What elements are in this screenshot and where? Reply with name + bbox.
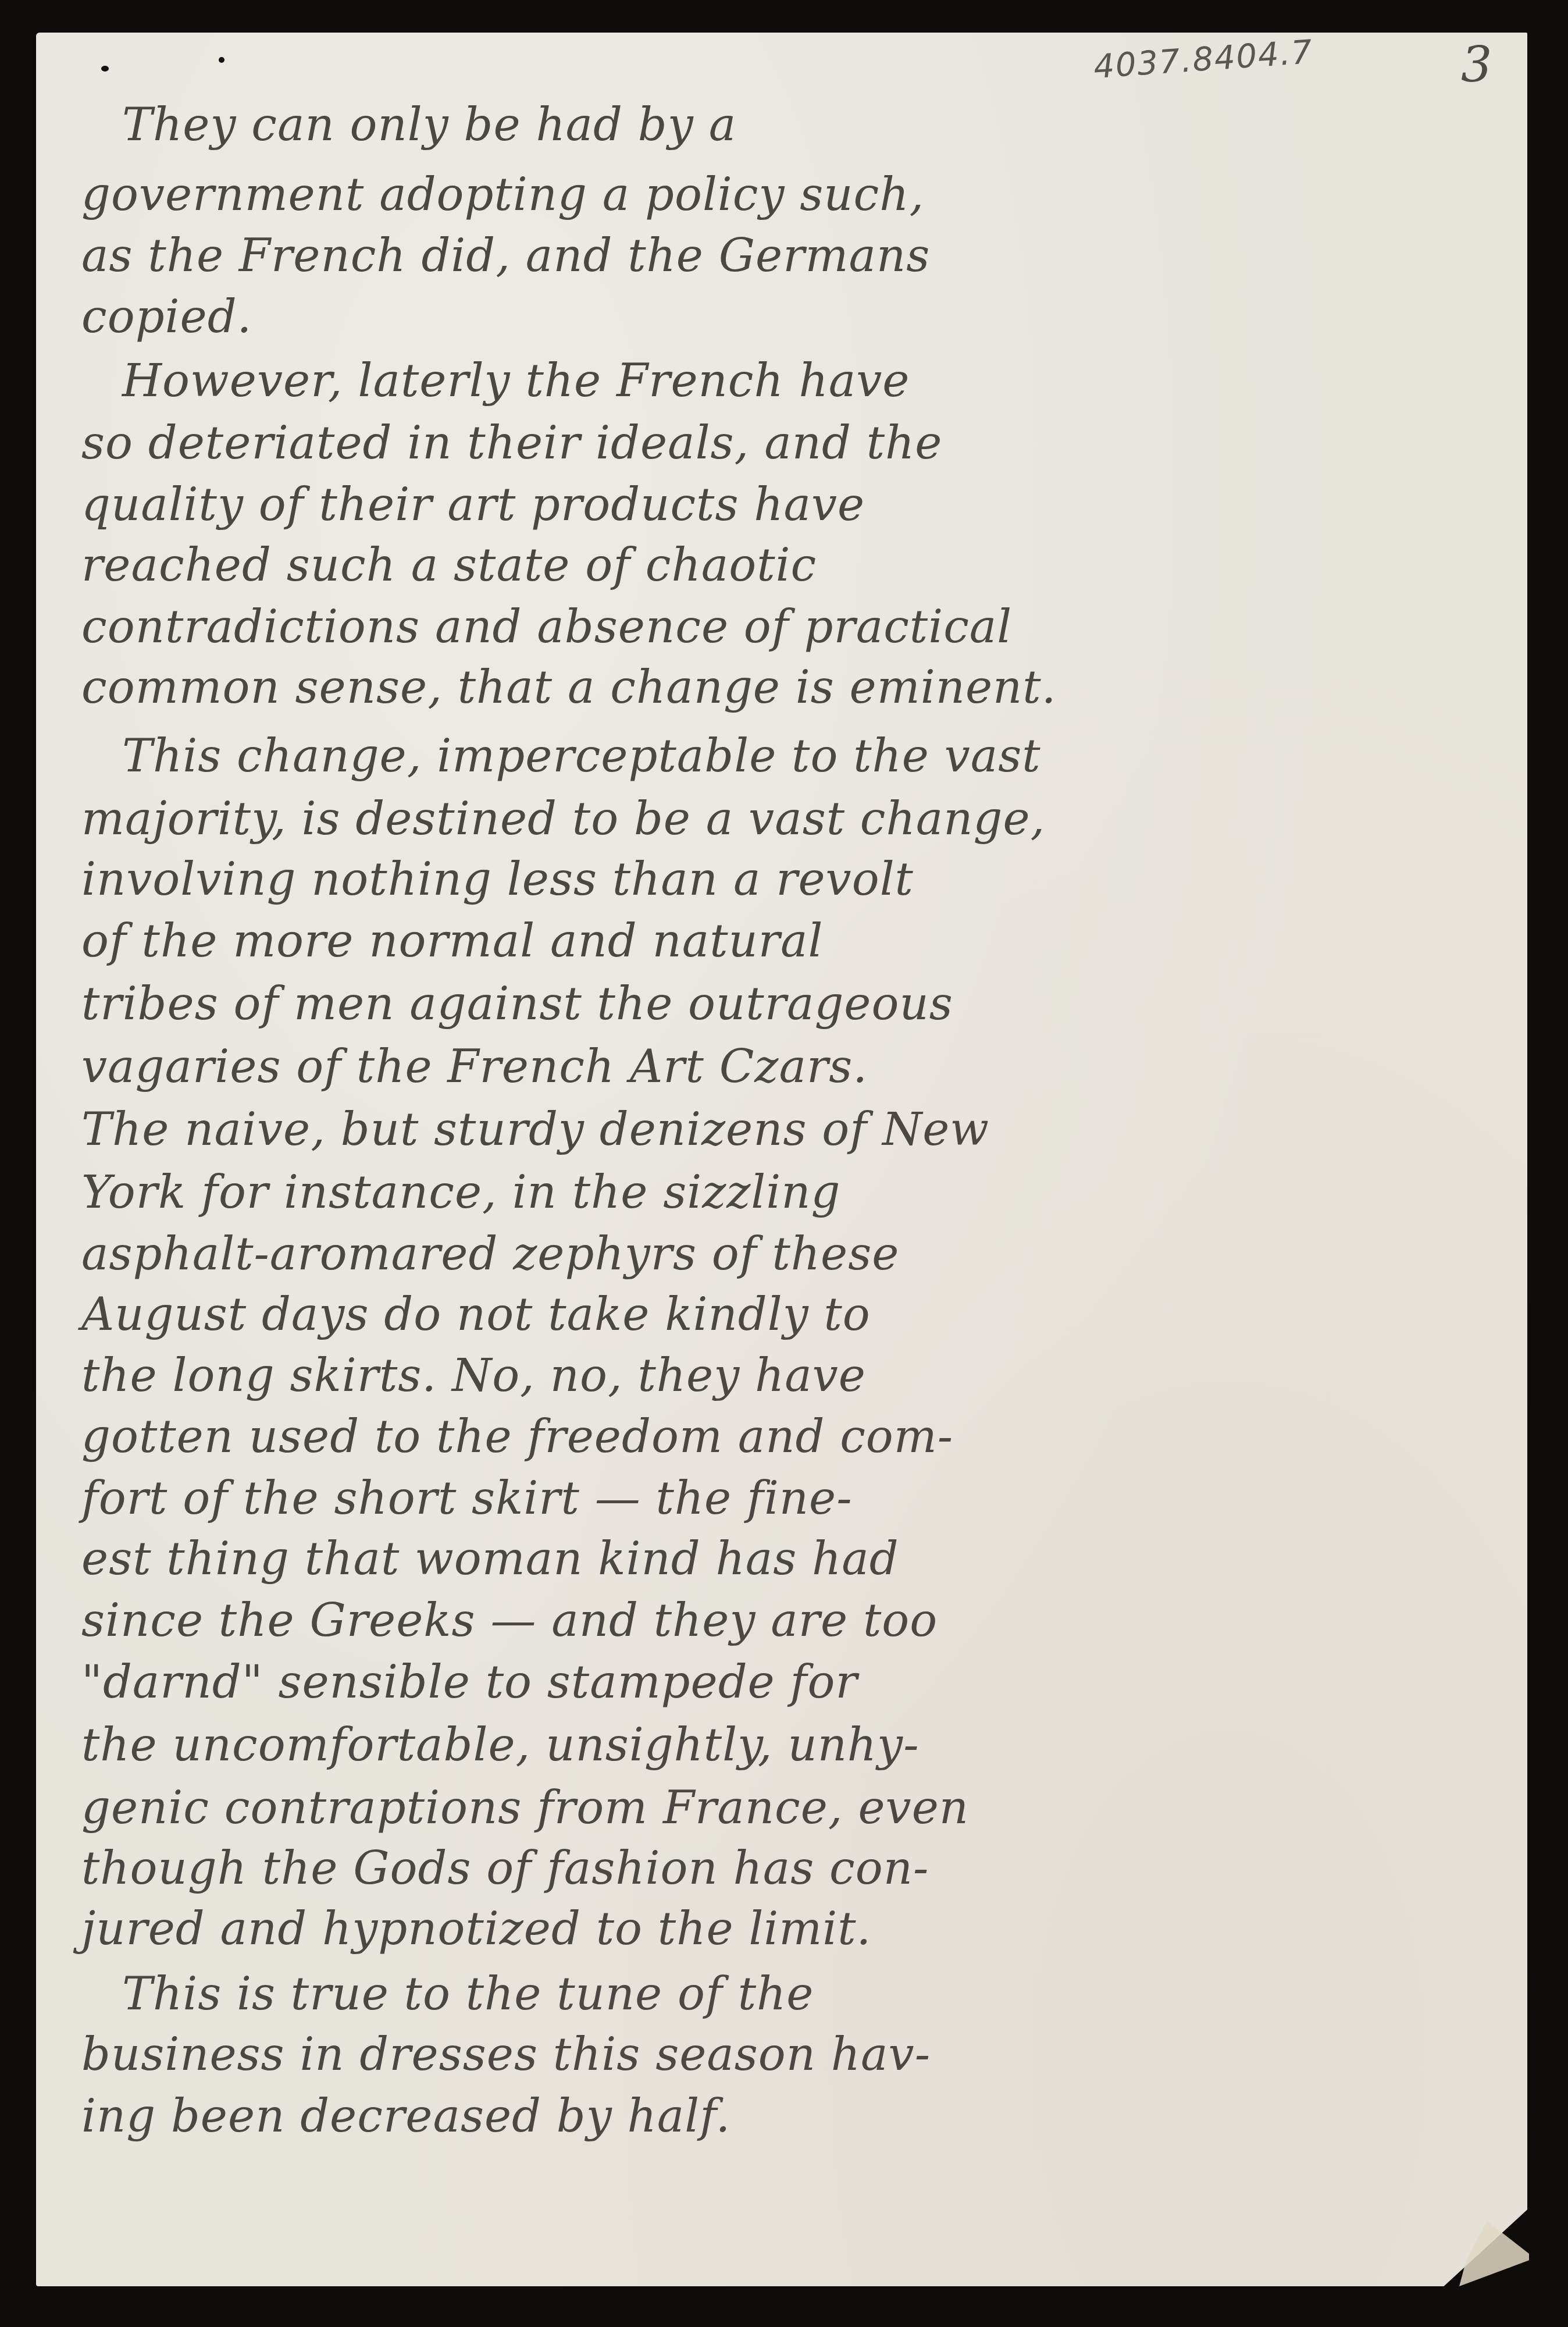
text-line: The naive, but sturdy denizens of New	[81, 1101, 989, 1159]
text-line: fort of the short skirt — the fine-	[81, 1470, 853, 1528]
text-line: government adopting a policy such,	[81, 166, 924, 224]
text-line: ing been decreased by half.	[81, 2087, 730, 2145]
text-line: of the more normal and natural	[81, 912, 824, 970]
text-line: business in dresses this season hav-	[81, 2026, 931, 2084]
text-line: though the Gods of fashion has con-	[81, 1839, 929, 1898]
text-line: since the Greeks — and they are too	[81, 1592, 938, 1650]
punch-hole-mark	[101, 66, 109, 72]
text-line: the long skirts. No, no, they have	[81, 1347, 866, 1405]
text-line: August days do not take kindly to	[81, 1286, 871, 1344]
page-number: 3	[1461, 36, 1492, 93]
text-line: est thing that woman kind has had	[81, 1530, 899, 1588]
text-line: They can only be had by a	[122, 96, 736, 154]
text-line: However, laterly the French have	[122, 352, 910, 410]
text-line: "darnd" sensible to stampede for	[81, 1653, 858, 1712]
text-line: so deteriated in their ideals, and the	[81, 414, 942, 472]
text-line: reached such a state of chaotic	[81, 536, 817, 595]
text-line: the uncomfortable, unsightly, unhy-	[81, 1716, 920, 1774]
punch-hole-mark	[219, 57, 224, 63]
text-line: This is true to the tune of the	[122, 1965, 814, 2023]
text-line: copied.	[81, 288, 252, 346]
text-line: asphalt-aromared zephyrs of these	[81, 1225, 899, 1283]
text-line: involving nothing less than a revolt	[81, 851, 914, 909]
text-line: genic contraptions from France, even	[81, 1779, 969, 1837]
text-line: contradictions and absence of practical	[81, 598, 1012, 656]
text-line: vagaries of the French Art Czars.	[81, 1038, 868, 1096]
text-line: gotten used to the freedom and com-	[81, 1408, 953, 1466]
text-line: This change, imperceptable to the vast	[122, 727, 1041, 785]
text-line: majority, is destined to be a vast chang…	[81, 790, 1045, 848]
text-line: quality of their art products have	[81, 476, 865, 534]
text-line: as the French did, and the Germans	[81, 227, 930, 285]
text-line: tribes of men against the outrageous	[81, 975, 953, 1033]
text-line: jured and hypnotized to the limit.	[81, 1900, 871, 1958]
text-line: York for instance, in the sizzling	[81, 1163, 840, 1222]
text-line: common sense, that a change is eminent.	[81, 659, 1056, 717]
